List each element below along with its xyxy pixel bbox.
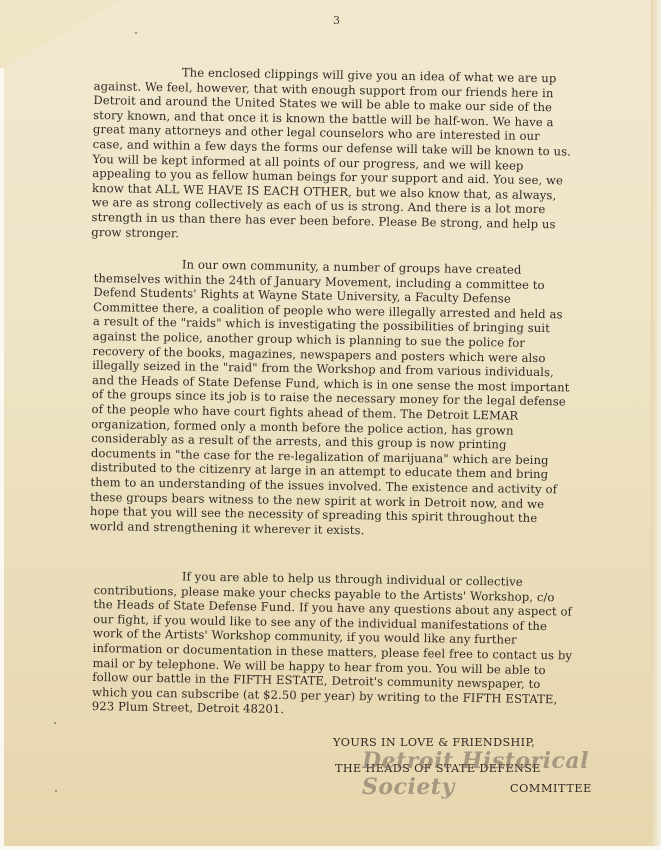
- folded-corner: [0, 0, 120, 70]
- watermark-detroit-historical-society: Detroit Historical Society: [362, 748, 661, 800]
- page-bottom-edge: [0, 846, 661, 850]
- paragraph-community-groups: In our own community, a number of groups…: [90, 256, 574, 541]
- paper-speck: [135, 32, 137, 34]
- paragraph-clippings: The enclosed clippings will give you an …: [91, 64, 574, 247]
- page-left-edge: [0, 68, 4, 850]
- document-page: 3 The enclosed clippings will give you a…: [0, 0, 661, 850]
- paragraph-contributions: If you are able to help us through indiv…: [92, 568, 574, 721]
- page-number: 3: [333, 14, 340, 27]
- paper-speck: [54, 722, 56, 724]
- paper-speck: [55, 790, 57, 792]
- page-right-edge: [651, 0, 661, 850]
